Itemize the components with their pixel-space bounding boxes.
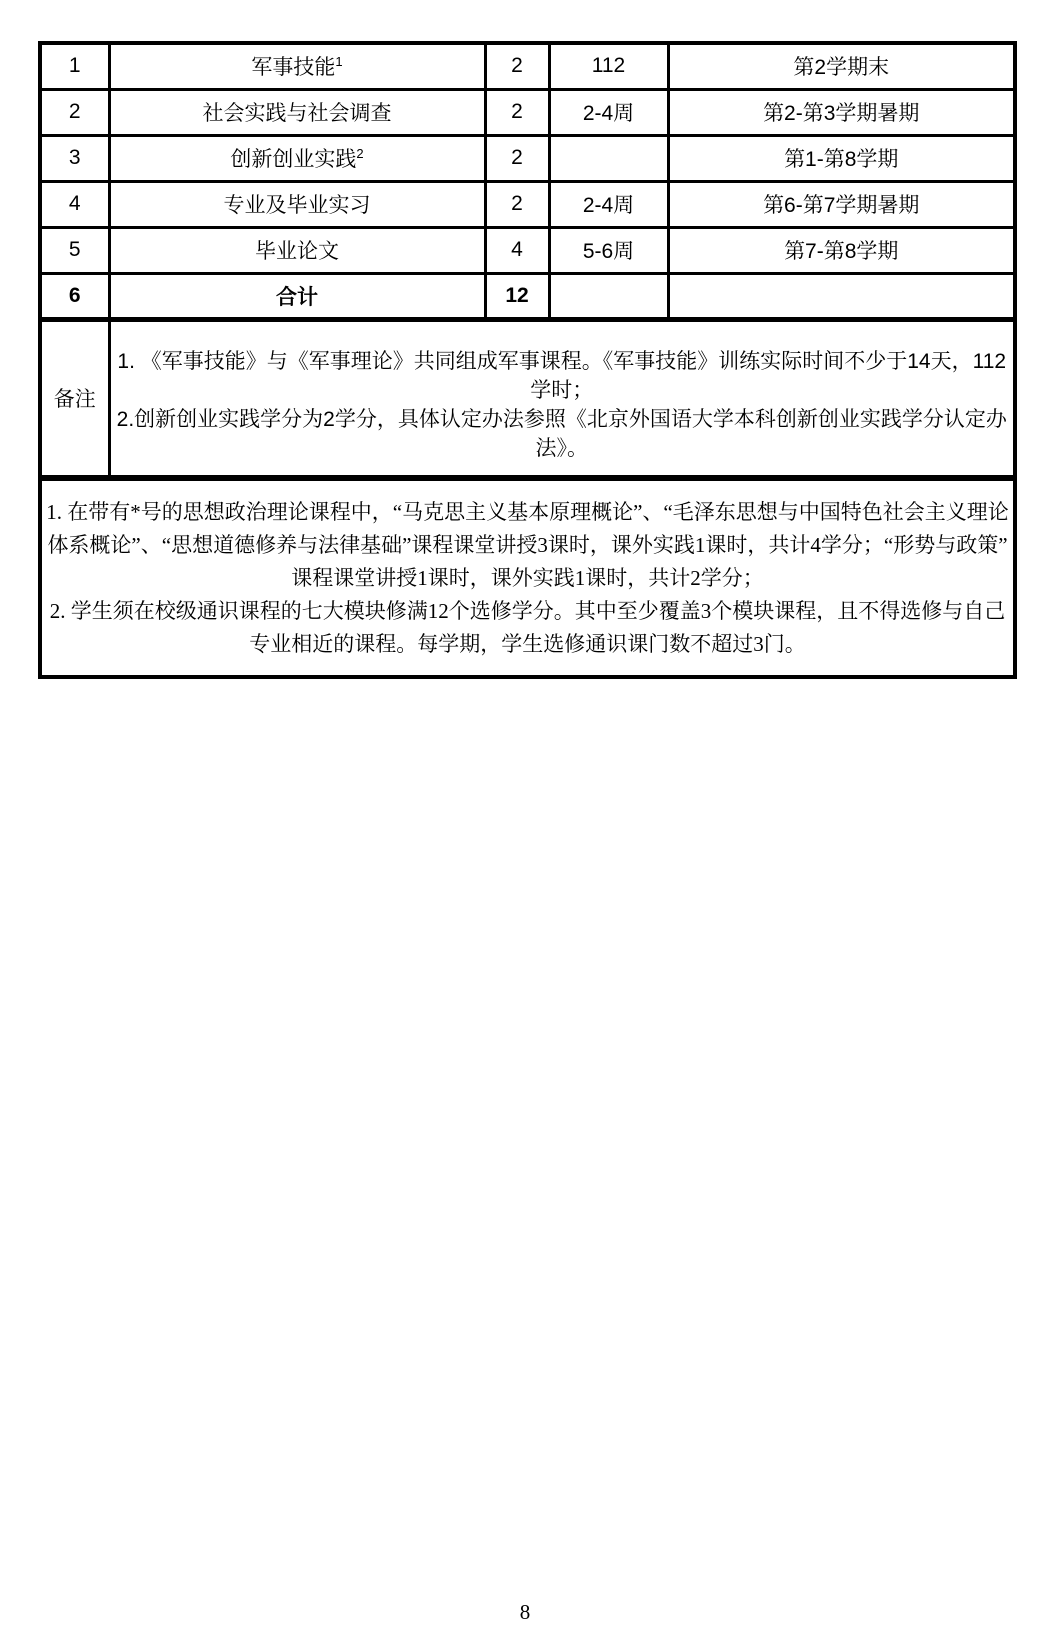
semester-cell: 第6-第7学期暑期 bbox=[668, 181, 1015, 227]
duration-cell: 5-6周 bbox=[549, 227, 668, 273]
row-number-cell: 2 bbox=[40, 89, 109, 135]
credits-cell: 2 bbox=[485, 135, 549, 181]
curriculum-table: 1 军事技能1 2 112 第2学期末 2 社会实践与社会调查 2 2-4周 第… bbox=[38, 41, 1017, 679]
document-page: 1 军事技能1 2 112 第2学期末 2 社会实践与社会调查 2 2-4周 第… bbox=[0, 0, 1050, 1650]
semester-cell bbox=[668, 273, 1015, 319]
credits-cell: 4 bbox=[485, 227, 549, 273]
footnotes-row: 1. 在带有*号的思想政治理论课程中，“马克思主义基本原理概论”、“毛泽东思想与… bbox=[40, 478, 1015, 677]
table-row: 2 社会实践与社会调查 2 2-4周 第2-第3学期暑期 bbox=[40, 89, 1015, 135]
remarks-item: 1. 《军事技能》与《军事理论》共同组成军事课程。《军事技能》训练实际时间不少于… bbox=[111, 347, 1014, 405]
course-name-cell: 创新创业实践2 bbox=[109, 135, 485, 181]
semester-cell: 第2-第3学期暑期 bbox=[668, 89, 1015, 135]
row-number-cell: 5 bbox=[40, 227, 109, 273]
course-name: 合计 bbox=[276, 286, 318, 309]
credits-cell: 2 bbox=[485, 43, 549, 89]
table-row-total: 6 合计 12 bbox=[40, 273, 1015, 319]
course-superscript: 1 bbox=[335, 54, 342, 69]
credits-cell: 2 bbox=[485, 89, 549, 135]
table-row: 1 军事技能1 2 112 第2学期末 bbox=[40, 43, 1015, 89]
duration-cell: 2-4周 bbox=[549, 181, 668, 227]
credits-cell: 2 bbox=[485, 181, 549, 227]
semester-cell: 第1-第8学期 bbox=[668, 135, 1015, 181]
table-row: 4 专业及毕业实习 2 2-4周 第6-第7学期暑期 bbox=[40, 181, 1015, 227]
course-name-cell: 社会实践与社会调查 bbox=[109, 89, 485, 135]
footnote-item: 2. 学生须在校级通识课程的七大模块修满12个选修学分。其中至少覆盖3个模块课程… bbox=[42, 595, 1013, 661]
footnotes-block: 1. 在带有*号的思想政治理论课程中，“马克思主义基本原理概论”、“毛泽东思想与… bbox=[40, 478, 1015, 677]
course-name-cell: 毕业论文 bbox=[109, 227, 485, 273]
remarks-row: 备注 1. 《军事技能》与《军事理论》共同组成军事课程。《军事技能》训练实际时间… bbox=[40, 319, 1015, 478]
table-row: 3 创新创业实践2 2 第1-第8学期 bbox=[40, 135, 1015, 181]
duration-cell: 112 bbox=[549, 43, 668, 89]
course-name: 社会实践与社会调查 bbox=[203, 102, 392, 125]
remarks-item: 2.创新创业实践学分为2学分，具体认定办法参照《北京外国语大学本科创新创业实践学… bbox=[111, 405, 1014, 463]
remarks-label: 备注 bbox=[40, 319, 109, 478]
course-name: 军事技能 bbox=[251, 56, 335, 79]
row-number-cell: 6 bbox=[40, 273, 109, 319]
course-superscript: 2 bbox=[356, 146, 363, 161]
page-number: 8 bbox=[0, 1600, 1050, 1625]
course-name-cell: 合计 bbox=[109, 273, 485, 319]
duration-cell bbox=[549, 273, 668, 319]
credits-cell: 12 bbox=[485, 273, 549, 319]
course-name-cell: 军事技能1 bbox=[109, 43, 485, 89]
row-number-cell: 4 bbox=[40, 181, 109, 227]
course-name-cell: 专业及毕业实习 bbox=[109, 181, 485, 227]
semester-cell: 第2学期末 bbox=[668, 43, 1015, 89]
footnote-item: 1. 在带有*号的思想政治理论课程中，“马克思主义基本原理概论”、“毛泽东思想与… bbox=[42, 496, 1013, 595]
course-name: 毕业论文 bbox=[255, 240, 339, 263]
duration-cell: 2-4周 bbox=[549, 89, 668, 135]
course-name: 专业及毕业实习 bbox=[224, 194, 371, 217]
table-row: 5 毕业论文 4 5-6周 第7-第8学期 bbox=[40, 227, 1015, 273]
course-name: 创新创业实践 bbox=[230, 148, 356, 171]
remarks-content: 1. 《军事技能》与《军事理论》共同组成军事课程。《军事技能》训练实际时间不少于… bbox=[109, 319, 1015, 478]
semester-cell: 第7-第8学期 bbox=[668, 227, 1015, 273]
row-number-cell: 1 bbox=[40, 43, 109, 89]
duration-cell bbox=[549, 135, 668, 181]
row-number-cell: 3 bbox=[40, 135, 109, 181]
